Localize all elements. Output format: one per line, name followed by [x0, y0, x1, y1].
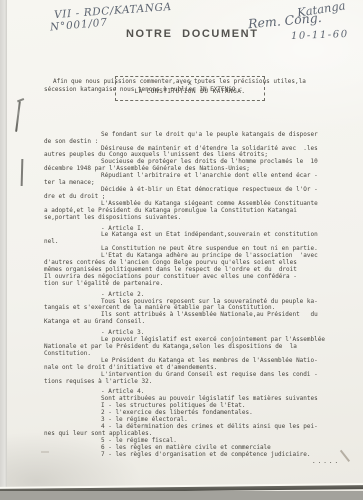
date-handwritten-note: 10-11-60	[291, 29, 349, 42]
typewritten-line: se,portant les dispositions suivantes.	[44, 215, 356, 222]
staple	[15, 101, 21, 132]
section-number: - X -	[116, 80, 264, 88]
typewritten-line: .....	[44, 459, 356, 466]
typewritten-line: tion sur l'égalité de partenaire.	[44, 281, 356, 288]
typewritten-line: Katanga et au Grand Conseil.	[44, 319, 356, 326]
typewritten-line: nes qui leur sont applicables.	[44, 431, 356, 438]
document-title-stamp: NOTRE DOCUMENT	[126, 28, 259, 40]
source-handwritten-note: Rem. Cong.	[247, 10, 322, 31]
constitution-title-box: - X - LA CONSTITUTION DU KATANGA.	[115, 76, 265, 101]
scanner-background	[0, 491, 363, 500]
scanner-edge-strip	[0, 0, 7, 491]
typewritten-line: 7 - les règles d'organisation et de comp…	[44, 452, 356, 459]
constitution-title: LA CONSTITUTION DU KATANGA.	[116, 88, 264, 96]
scanned-document-page: VII - RDC/KATANGA N°001/07 Katanga Rem. …	[0, 0, 363, 500]
typewritten-line: tions requises à l'article 32.	[44, 379, 356, 386]
typewritten-line: Le Katanga est un Etat indépendant,souve…	[44, 232, 356, 239]
pen-mark	[21, 159, 23, 186]
smudge-mark	[41, 451, 49, 453]
archive-reference-note-line1: VII - RDC/KATANGA	[54, 1, 172, 21]
paper: VII - RDC/KATANGA N°001/07 Katanga Rem. …	[0, 0, 363, 491]
document-body: Se fondant sur le droit qu'a le peuple k…	[44, 111, 356, 465]
typewritten-line: 2 - l'exercice des libertés fondamentale…	[44, 410, 356, 417]
